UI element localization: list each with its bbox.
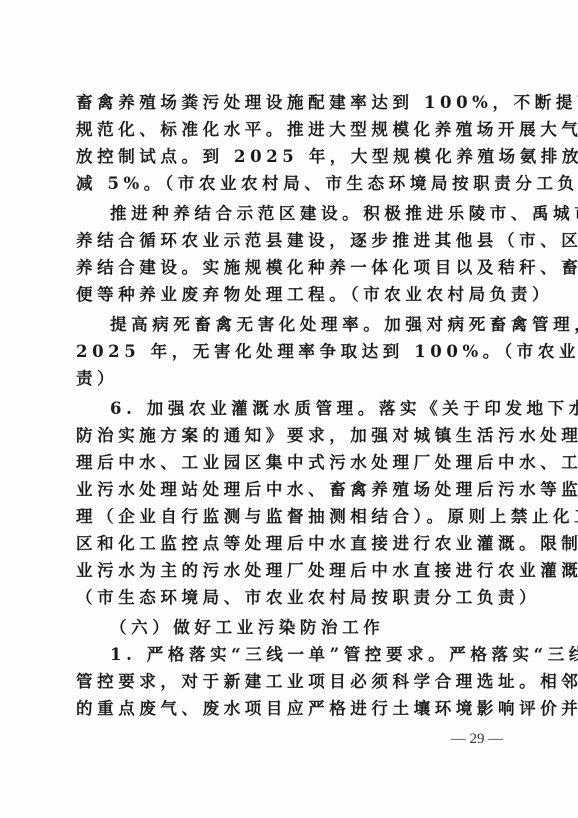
text-line: 减 5%。（市农业农村局、市生态环境局按职责分工负责）	[76, 170, 504, 197]
text-line: 养结合循环农业示范县建设，逐步推进其他县（市、区）种	[76, 227, 504, 254]
section-item-heading-line: 6. 加强农业灌溉水质管理。落实《关于印发地下水污染	[76, 395, 504, 422]
text-line: 畜禽养殖场粪污处理设施配建率达到 100%，不断提高设施	[76, 89, 504, 116]
text-line: 管控要求，对于新建工业项目必须科学合理选址。相邻耕地	[76, 668, 504, 695]
text-line: 理（企业自行监测与监督抽测相结合）。原则上禁止化工园	[76, 503, 504, 530]
text-line: 区和化工监控点等处理后中水直接进行农业灌溉。限制以工	[76, 530, 504, 557]
text-line: （市生态环境局、市农业农村局按职责分工负责）	[76, 584, 504, 611]
paragraph-start-line: 提高病死畜禽无害化处理率。加强对病死畜禽管理，到	[76, 311, 504, 338]
text-line: 规范化、标准化水平。推进大型规模化养殖场开展大气氨排	[76, 116, 504, 143]
text-line: 2025 年，无害化处理率争取达到 100%。（市农业农村局负	[76, 338, 504, 365]
document-page: 畜禽养殖场粪污处理设施配建率达到 100%，不断提高设施 规范化、标准化水平。推…	[0, 0, 578, 818]
text-line: 的重点废气、废水项目应严格进行土壤环境影响评价并规定	[76, 695, 504, 722]
document-body: 畜禽养殖场粪污处理设施配建率达到 100%，不断提高设施 规范化、标准化水平。推…	[76, 89, 504, 722]
section-item-heading-line: 1. 严格落实“三线一单”管控要求。严格落实“三线一单”	[76, 641, 504, 668]
text-line: 理后中水、工业园区集中式污水处理厂处理后中水、工业企	[76, 449, 504, 476]
section-heading: （六）做好工业污染防治工作	[76, 614, 504, 641]
paragraph-start-line: 推进种养结合示范区建设。积极推进乐陵市、禹城市种	[76, 200, 504, 227]
text-line: 便等种养业废弃物处理工程。（市农业农村局负责）	[76, 281, 504, 308]
page-number: — 29 —	[446, 731, 508, 748]
text-line: 业污水为主的污水处理厂处理后中水直接进行农业灌溉。	[76, 557, 504, 584]
text-line: 养结合建设。实施规模化种养一体化项目以及秸秆、畜禽粪	[76, 254, 504, 281]
text-line: 责）	[76, 365, 504, 392]
text-line: 防治实施方案的通知》要求，加强对城镇生活污水处理厂处	[76, 422, 504, 449]
text-line: 业污水处理站处理后中水、畜禽养殖场处理后污水等监测管	[76, 476, 504, 503]
text-line: 放控制试点。到 2025 年，大型规模化养殖场氨排放总量削	[76, 143, 504, 170]
